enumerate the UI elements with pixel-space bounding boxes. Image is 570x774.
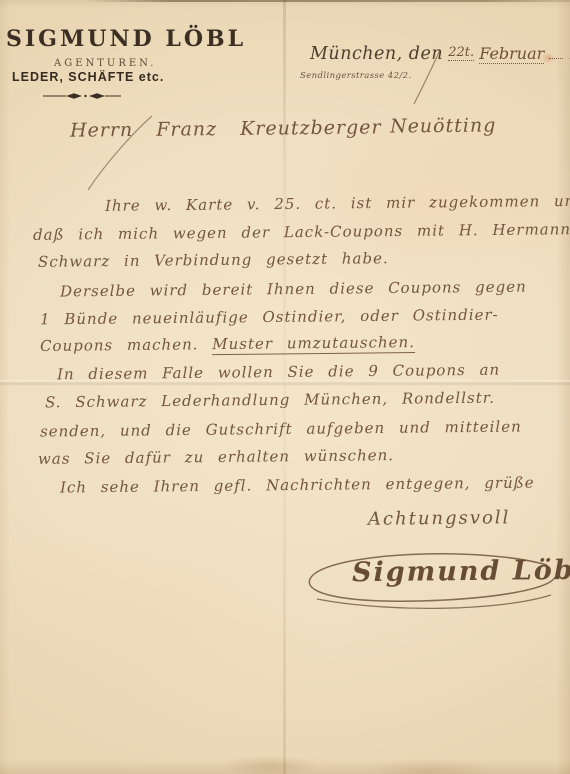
vertical-fold-crease <box>283 0 286 774</box>
body-line-text: Coupons machen. <box>40 335 212 355</box>
body-line: senden, und die Gutschrift aufgeben und … <box>40 417 522 440</box>
body-line: Ich sehe Ihren gefl. Nachrichten entgege… <box>60 474 535 497</box>
ornament-divider-icon <box>42 91 122 101</box>
body-line-underlined-text: Muster umzutauschen. <box>212 333 415 355</box>
letterhead-company-name: SIGMUND LÖBL <box>6 26 246 52</box>
body-line: Schwarz in Verbindung gesetzt habe. <box>38 249 389 271</box>
salutation-recipient: Herrn Franz Kreutzberger <box>70 116 382 141</box>
body-line: Ihre w. Karte v. 25. ct. ist mir zugekom… <box>105 191 570 215</box>
closing-formula: Achtungsvoll <box>368 507 511 529</box>
letterhead-street-address: Sendlingerstrasse 42/2. <box>300 71 412 81</box>
letterhead-subtitle-agenturen: AGENTUREN. <box>54 58 156 69</box>
body-line: was Sie dafür zu erhalten wünschen. <box>38 446 394 468</box>
letterhead-subtitle-leder: LEDER, SCHÄFTE etc. <box>12 70 164 84</box>
letter-page: SIGMUND LÖBL AGENTUREN. LEDER, SCHÄFTE e… <box>0 0 570 774</box>
body-line: daß ich mich wegen der Lack-Coupons mit … <box>33 220 570 244</box>
body-line: 1 Bünde neueinläufige Ostindier, oder Os… <box>40 306 499 329</box>
dateline-day-handwritten: 22t. <box>448 45 474 61</box>
scan-top-edge <box>85 0 570 2</box>
pen-stroke-icon <box>412 48 442 106</box>
dateline-month-handwritten: Februar <box>479 44 544 64</box>
salutation-place: Neuötting <box>390 114 497 137</box>
signature-name: Sigmund Löbl <box>352 555 570 588</box>
body-line: Derselbe wird bereit Ihnen diese Coupons… <box>60 278 527 301</box>
dateline-dotted-fill <box>549 58 563 59</box>
body-line: Coupons machen. Muster umzutauschen. <box>40 333 415 355</box>
body-line: S. Schwarz Lederhandlung München, Rondel… <box>45 389 495 412</box>
